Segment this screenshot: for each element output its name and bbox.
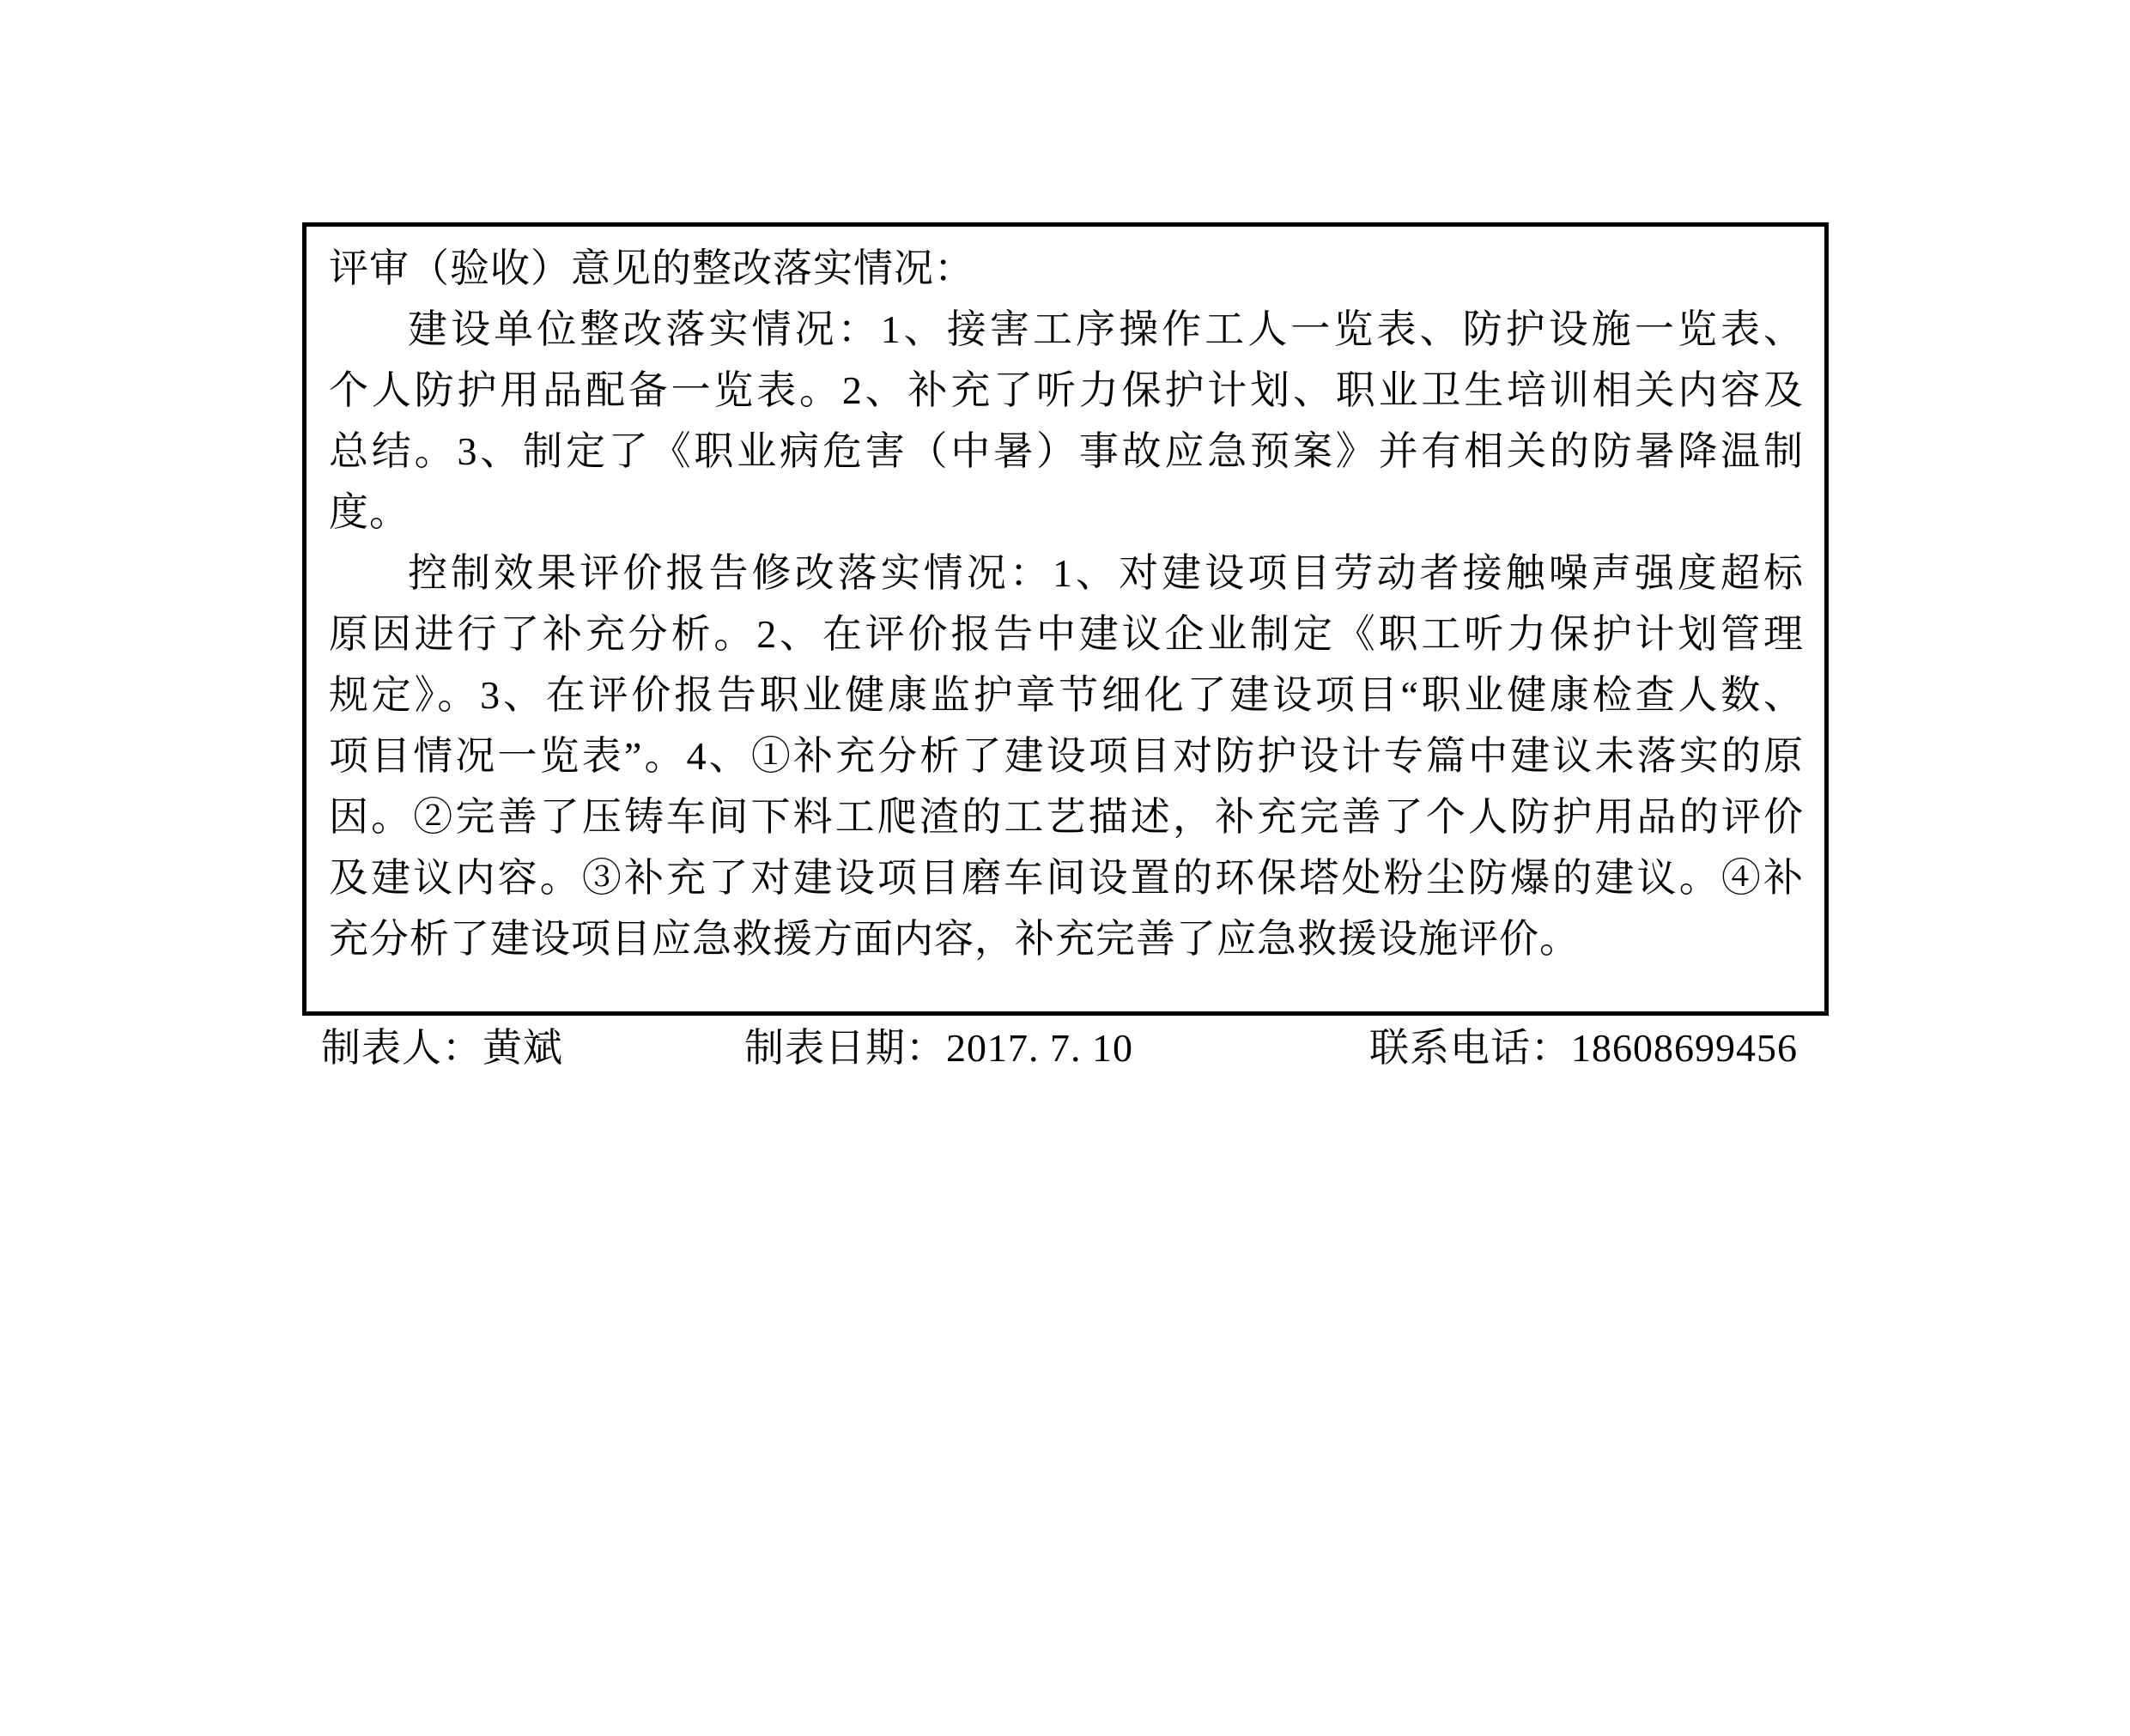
text-line: 因。②完善了压铸车间下料工爬渣的工艺描述，补充完善了个人防护用品的评价 [329,786,1804,847]
text-line: 充分析了建设项目应急救援方面内容，补充完善了应急救援设施评价。 [329,908,1804,969]
date-value: 2017. 7. 10 [946,1026,1133,1070]
preparer-label: 制表人： [321,1026,482,1070]
preparer-field: 制表人：黄斌 [321,1022,563,1075]
text-line: 总结。3、制定了《职业病危害（中暑）事故应急预案》并有相关的防暑降温制 [329,421,1804,482]
text-line: 原因进行了补充分析。2、在评价报告中建议企业制定《职工听力保护计划管理 [329,604,1804,665]
document-page: 评审（验收）意见的整改落实情况： 建设单位整改落实情况：1、接害工序操作工人一览… [0,0,2130,1736]
text-line: 项目情况一览表”。4、①补充分析了建设项目对防护设计专篇中建议未落实的原 [329,725,1804,786]
text-line: 控制效果评价报告修改落实情况：1、对建设项目劳动者接触噪声强度超标 [329,543,1804,604]
footer-row: 制表人：黄斌 制表日期：2017. 7. 10 联系电话：18608699456 [302,1022,1829,1082]
text-line: 规定》。3、在评价报告职业健康监护章节细化了建设项目“职业健康检查人数、 [329,665,1804,725]
text-line: 建设单位整改落实情况：1、接害工序操作工人一览表、防护设施一览表、 [329,299,1804,360]
rectification-status-box: 评审（验收）意见的整改落实情况： 建设单位整改落实情况：1、接害工序操作工人一览… [302,222,1829,1016]
phone-field: 联系电话：18608699456 [1369,1022,1798,1075]
text-line: 度。 [329,482,1804,543]
text-line: 个人防护用品配备一览表。2、补充了听力保护计划、职业卫生培训相关内容及 [329,360,1804,421]
preparer-value: 黄斌 [482,1026,563,1070]
section-heading-line: 评审（验收）意见的整改落实情况： [329,238,1804,299]
phone-value: 18608699456 [1571,1026,1798,1070]
date-field: 制表日期：2017. 7. 10 [744,1022,1133,1075]
date-label: 制表日期： [744,1026,946,1070]
text-line: 及建议内容。③补充了对建设项目磨车间设置的环保塔处粉尘防爆的建议。④补 [329,847,1804,908]
phone-label: 联系电话： [1369,1026,1571,1070]
